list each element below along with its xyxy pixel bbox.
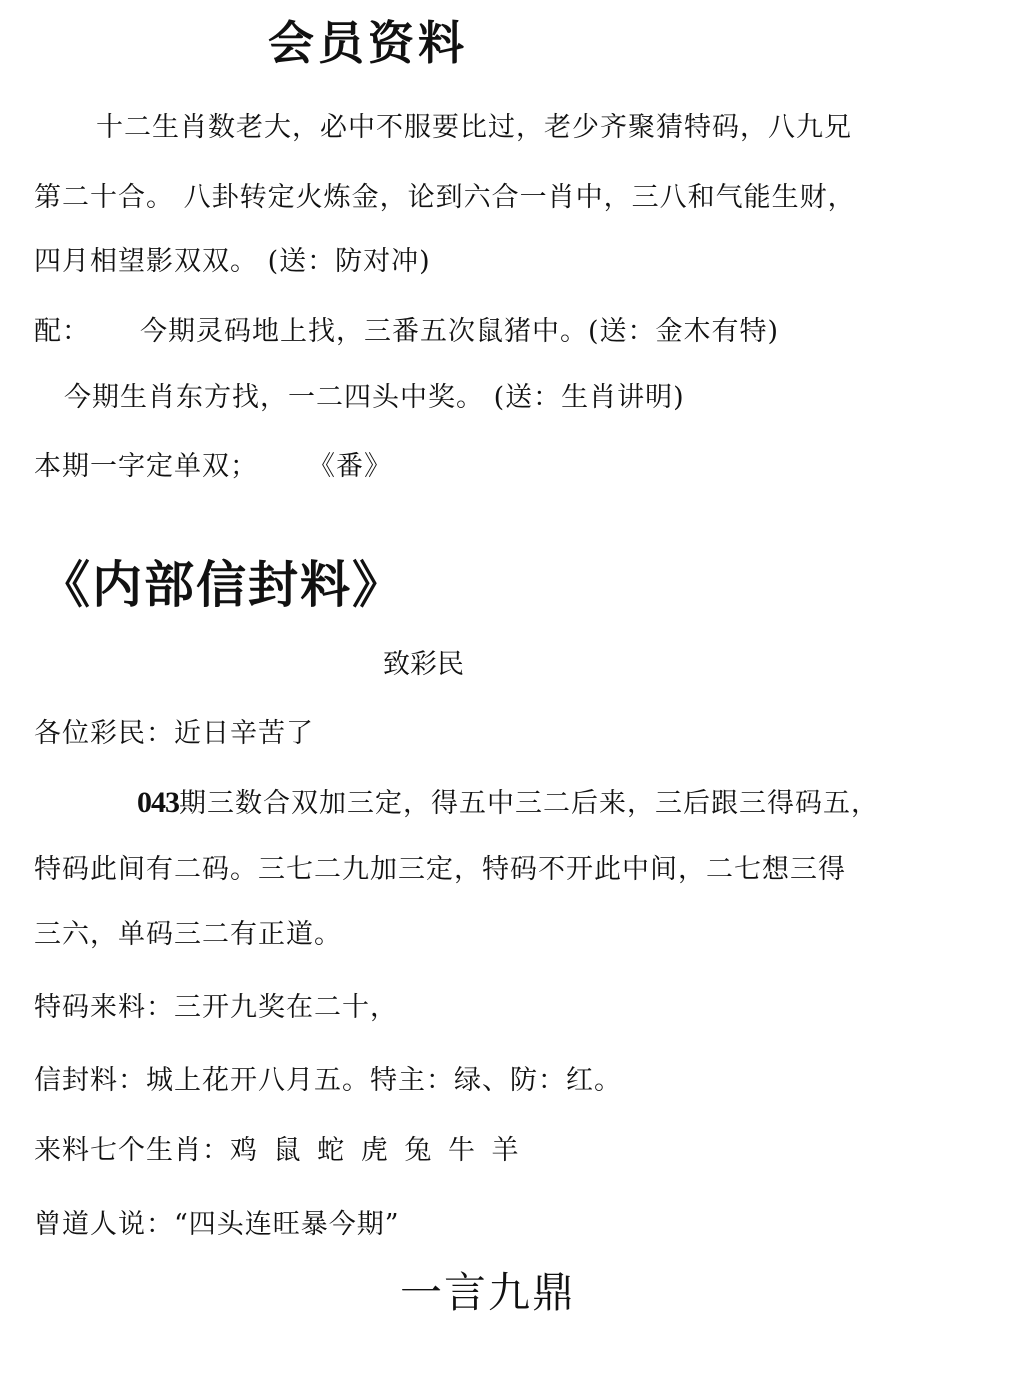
letter-body-line-1-text: 期三数合双加三定，得五中三二后来，三后跟三得码五， xyxy=(179,788,879,819)
pairing-row: 配：今期灵码地上找，三番五次鼠猪中。(送：金木有特) xyxy=(34,318,779,345)
quote-line: 曾道人说：“四头连旺暴今期” xyxy=(34,1211,400,1238)
closing-phrase: 一言九鼎 xyxy=(400,1272,576,1314)
pairing-label: 配： xyxy=(34,316,90,347)
single-double-label: 本期一字定单双； xyxy=(34,451,258,482)
member-section-title: 会员资料 xyxy=(268,20,468,66)
letter-body-line-1: 043期三数合双加三定，得五中三二后来，三后跟三得码五， xyxy=(137,788,879,818)
issue-number: 043 xyxy=(137,786,179,819)
single-double-row: 本期一字定单双；《番》 xyxy=(34,453,392,480)
letter-greeting: 各位彩民：近日辛苦了 xyxy=(34,720,314,747)
letter-section-title: 《内部信封料》 xyxy=(40,560,404,610)
poem-line-3: 四月相望影双双。 (送：防对冲) xyxy=(34,248,431,275)
seven-zodiacs-row: 来料七个生肖：鸡 鼠 蛇 虎 兔 牛 羊 xyxy=(34,1137,523,1164)
pairing-line-2: 今期生肖东方找，一二四头中奖。 (送：生肖讲明) xyxy=(64,384,685,411)
special-code-line: 特码来料：三开九奖在二十， xyxy=(34,994,398,1021)
poem-line-2: 第二十合。 八卦转定火炼金，论到六合一肖中，三八和气能生财， xyxy=(34,184,856,211)
letter-body-line-3: 三六，单码三二有正道。 xyxy=(34,921,342,948)
pairing-line-1: 今期灵码地上找，三番五次鼠猪中。(送：金木有特) xyxy=(140,316,779,347)
single-double-value: 《番》 xyxy=(308,451,392,482)
letter-subtitle: 致彩民 xyxy=(383,651,464,678)
poem-line-1: 十二生肖数老大，必中不服要比过，老少齐聚猜特码，八九兄 xyxy=(96,114,852,141)
letter-body-line-2: 特码此间有二码。三七二九加三定，特码不开此中间，二七想三得 xyxy=(34,856,846,883)
envelope-material-line: 信封料：城上花开八月五。特主：绿、防：红。 xyxy=(34,1067,622,1094)
seven-zodiacs-list: 鸡 鼠 蛇 虎 兔 牛 羊 xyxy=(230,1135,523,1166)
seven-zodiacs-label: 来料七个生肖： xyxy=(34,1135,230,1166)
